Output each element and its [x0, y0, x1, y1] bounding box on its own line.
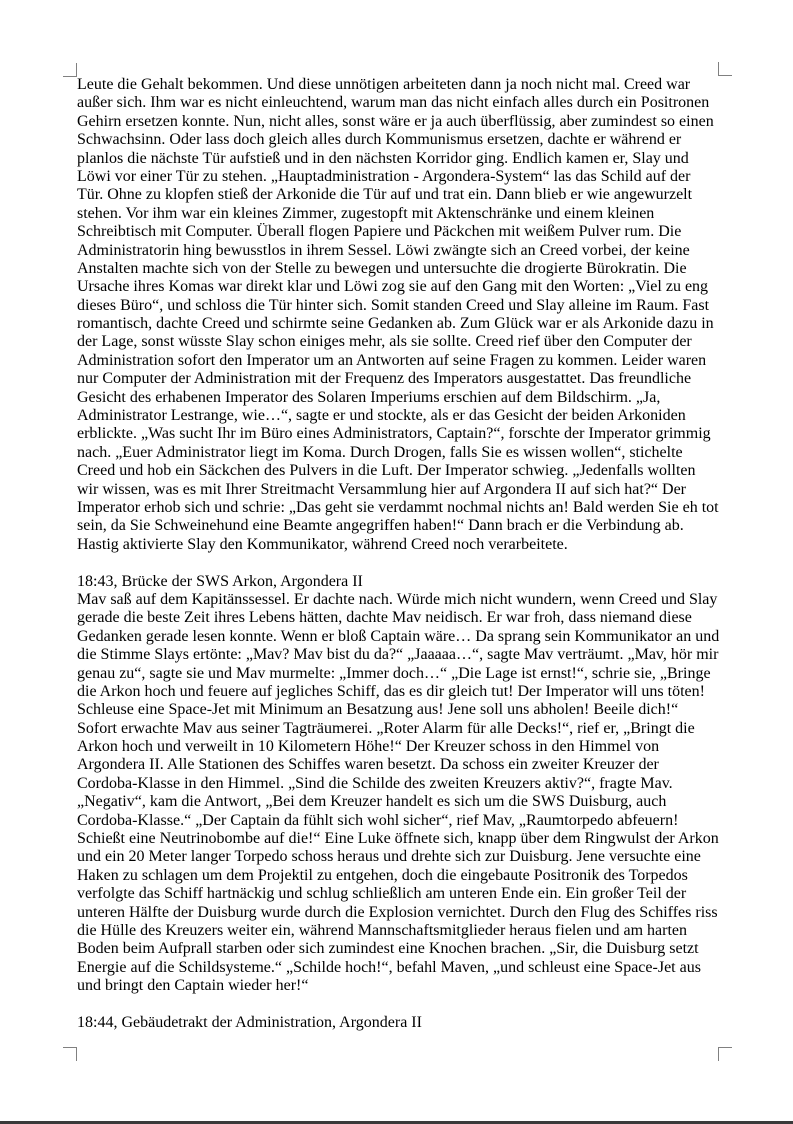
text-line: wir wissen, was es mit Ihrer Streitmacht…	[77, 481, 727, 499]
text-line: Anstalten machte sich von der Stelle zu …	[77, 260, 727, 278]
bottom-left-margin-mark	[63, 1047, 77, 1061]
text-line: Sofort erwachte Mav aus seiner Tagträume…	[77, 720, 727, 738]
paragraph-2: 18:43, Brücke der SWS Arkon, Argondera I…	[77, 573, 727, 996]
text-line: Arkon hoch und verweilt in 10 Kilometern…	[77, 738, 727, 756]
text-line: sein, da Sie Schweinehund eine Beamte an…	[77, 517, 727, 535]
text-line: die Arkon hoch und feuere auf jegliches …	[77, 683, 727, 701]
text-line: die Hülle des Kreuzers weiter ein, währe…	[77, 922, 727, 940]
text-line: Gehirn ersetzen konnte. Nun, nicht alles…	[77, 113, 727, 131]
text-line: planlos die nächste Tür aufstieß und in …	[77, 150, 727, 168]
text-line: Gesicht des erhabenen Imperator des Sola…	[77, 389, 727, 407]
text-line: und ein 20 Meter langer Torpedo schoss h…	[77, 848, 727, 866]
text-line: Administrator Lestrange, wie…“, sagte er…	[77, 407, 727, 425]
document-page: Leute die Gehalt bekommen. Und diese unn…	[0, 0, 793, 1122]
text-line: Schwachsinn. Oder lass doch gleich alles…	[77, 131, 727, 149]
text-line: Schleuse eine Space-Jet mit Minimum an B…	[77, 701, 727, 719]
empty-line	[77, 996, 727, 1014]
text-line: der Lage, sonst wüsste Slay schon einige…	[77, 333, 727, 351]
paragraph-1: Leute die Gehalt bekommen. Und diese unn…	[77, 76, 727, 554]
text-line: Mav saß auf dem Kapitänssessel. Er dacht…	[77, 591, 727, 609]
text-line: Ursache ihres Komas war direkt klar und …	[77, 278, 727, 296]
section-heading: 18:44, Gebäudetrakt der Administration, …	[77, 1014, 727, 1032]
text-line: romantisch, dachte Creed und schirmte se…	[77, 315, 727, 333]
text-line: nur Computer der Administration mit der …	[77, 370, 727, 388]
text-line: dieses Büro“, und schloss die Tür hinter…	[77, 297, 727, 315]
text-line: Boden beim Aufprall starben oder sich zu…	[77, 940, 727, 958]
top-left-margin-mark	[63, 63, 77, 77]
text-line: Löwi vor einer Tür zu stehen. „Hauptadmi…	[77, 168, 727, 186]
paragraph-3: 18:44, Gebäudetrakt der Administration, …	[77, 1014, 727, 1032]
text-line: „Negativ“, kam die Antwort, „Bei dem Kre…	[77, 793, 727, 811]
text-line: Administratorin hing bewusstlos in ihrem…	[77, 242, 727, 260]
text-line: Administration sofort den Imperator um a…	[77, 352, 727, 370]
text-line: Creed und hob ein Säckchen des Pulvers i…	[77, 462, 727, 480]
text-line: die Stimme Slays ertönte: „Mav? Mav bist…	[77, 646, 727, 664]
text-line: Schreibtisch mit Computer. Überall floge…	[77, 223, 727, 241]
document-body[interactable]: Leute die Gehalt bekommen. Und diese unn…	[77, 76, 727, 1032]
section-heading: 18:43, Brücke der SWS Arkon, Argondera I…	[77, 573, 727, 591]
text-line: Energie auf die Schildsysteme.“ „Schilde…	[77, 959, 727, 977]
text-line: gerade die beste Zeit ihres Lebens hätte…	[77, 609, 727, 627]
text-line: erblickte. „Was sucht Ihr im Büro eines …	[77, 425, 727, 443]
text-line: Imperator erhob sich und schrie: „Das ge…	[77, 499, 727, 517]
text-line: Hastig aktivierte Slay den Kommunikator,…	[77, 536, 727, 554]
text-line: Gedanken gerade lesen konnte. Wenn er bl…	[77, 628, 727, 646]
text-line: Cordoba-Klasse in den Himmel. „Sind die …	[77, 775, 727, 793]
text-line: nach. „Euer Administrator liegt im Koma.…	[77, 444, 727, 462]
top-right-margin-mark	[718, 62, 732, 76]
text-line: Cordoba-Klasse.“ „Der Captain da fühlt s…	[77, 812, 727, 830]
text-line: unteren Hälfte der Duisburg wurde durch …	[77, 904, 727, 922]
text-line: Tür. Ohne zu klopfen stieß der Arkonide …	[77, 186, 727, 204]
text-line: stehen. Vor ihm war ein kleines Zimmer, …	[77, 205, 727, 223]
text-line: und bringt den Captain wieder her!“	[77, 977, 727, 995]
empty-line	[77, 554, 727, 572]
text-line: genau zu“, sagte sie und Mav murmelte: „…	[77, 665, 727, 683]
text-line: verfolgte das Schiff hartnäckig und schl…	[77, 885, 727, 903]
text-line: Leute die Gehalt bekommen. Und diese unn…	[77, 76, 727, 94]
text-line: Haken zu schlagen um dem Projektil zu en…	[77, 867, 727, 885]
text-line: Argondera II. Alle Stationen des Schiffe…	[77, 756, 727, 774]
bottom-right-margin-mark	[718, 1047, 732, 1061]
text-line: Schießt eine Neutrinobombe auf die!“ Ein…	[77, 830, 727, 848]
text-line: außer sich. Ihm war es nicht einleuchten…	[77, 94, 727, 112]
